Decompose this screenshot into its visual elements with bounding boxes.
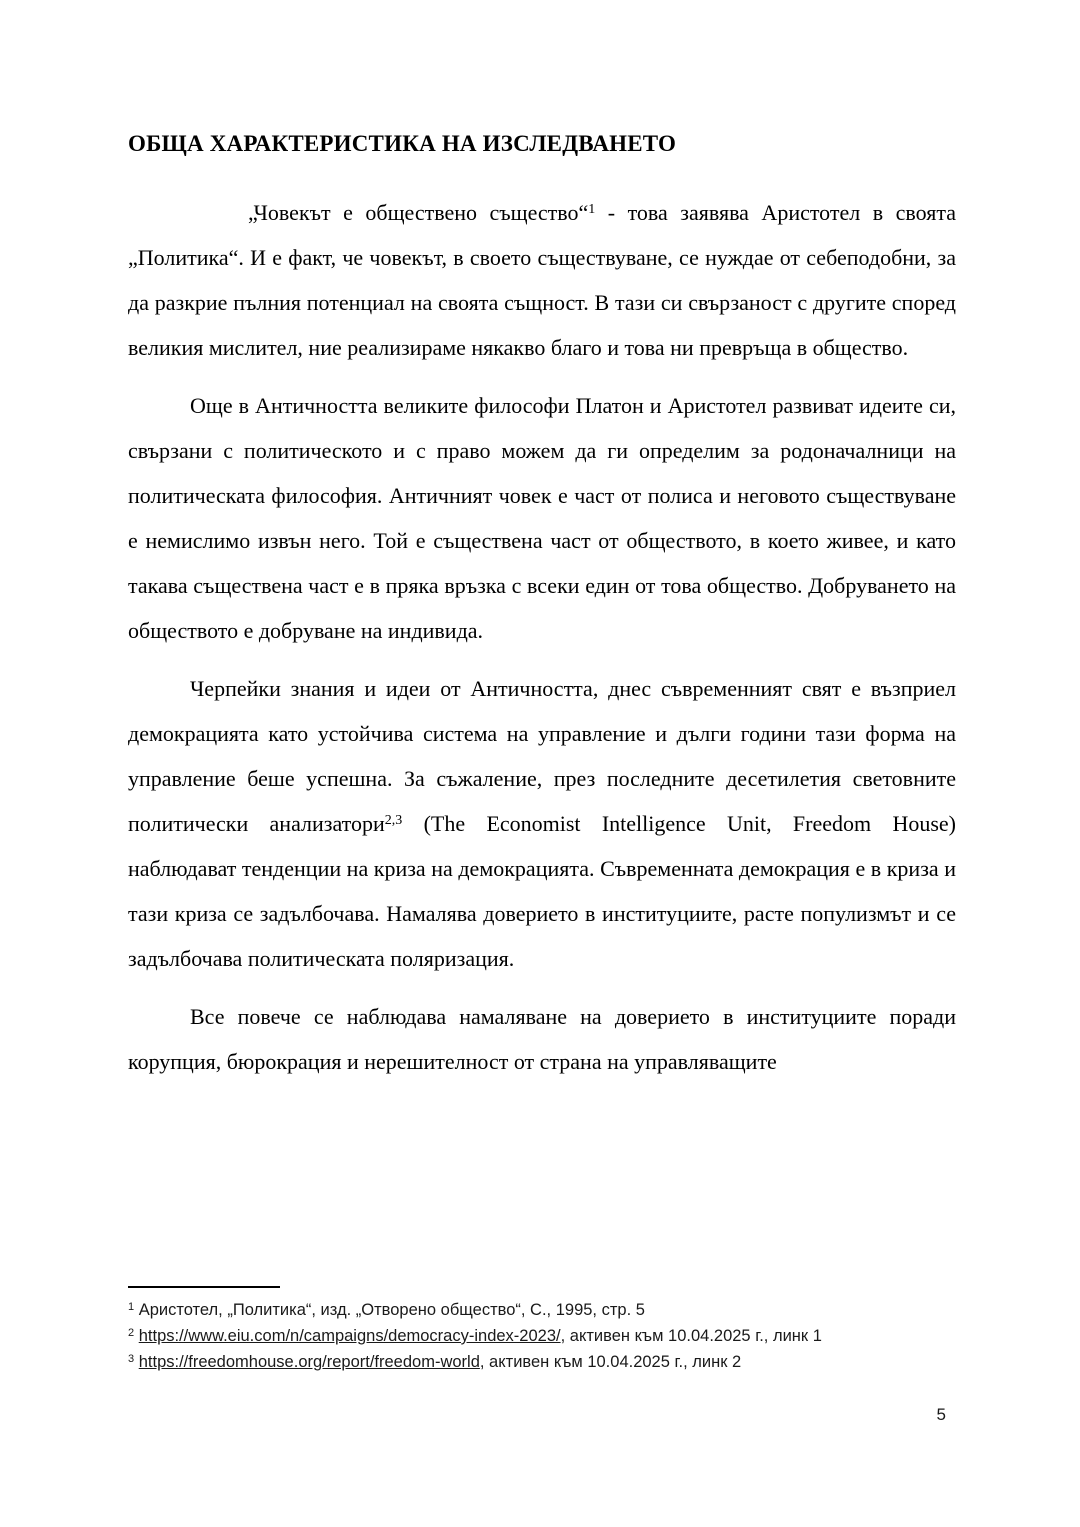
footnote-2: 2 https://www.eiu.com/n/campaigns/democr… [128,1323,956,1349]
footnote-1-marker: 1 [128,1301,134,1313]
section-title: ОБЩА ХАРАКТЕРИСТИКА НА ИЗСЛЕДВАНЕТО [128,130,956,158]
paragraph-4-text: Все повече се наблюдава намаляване на до… [128,1004,956,1074]
paragraph-1: „Човекът е обществено същество“1 - това … [128,190,956,370]
paragraph-2: Още в Античността великите философи Плат… [128,383,956,653]
footnote-2-marker: 2 [128,1327,134,1339]
footnote-3-marker: 3 [128,1353,134,1365]
paragraph-2-text: Още в Античността великите философи Плат… [128,393,956,643]
footnote-ref-1: 1 [588,202,595,217]
page-number: 5 [937,1405,946,1425]
footnote-1: 1 Аристотел, „Политика“, изд. „Отворено … [128,1297,956,1323]
footnote-ref-2-3: 2,3 [385,813,403,828]
footnotes-section: 1 Аристотел, „Политика“, изд. „Отворено … [128,1286,956,1375]
footnote-3-link[interactable]: https://freedomhouse.org/report/freedom-… [139,1353,480,1371]
footnote-3-text: , активен към 10.04.2025 г., линк 2 [480,1353,741,1371]
footnote-2-text: , активен към 10.04.2025 г., линк 1 [561,1327,822,1345]
document-content: ОБЩА ХАРАКТЕРИСТИКА НА ИЗСЛЕДВАНЕТО „Чов… [128,130,956,1097]
document-page: ОБЩА ХАРАКТЕРИСТИКА НА ИЗСЛЕДВАНЕТО „Чов… [0,0,1080,1527]
paragraph-4: Все повече се наблюдава намаляване на до… [128,994,956,1084]
footnote-separator [128,1286,280,1288]
footnote-2-link[interactable]: https://www.eiu.com/n/campaigns/democrac… [139,1327,561,1345]
footnote-3: 3 https://freedomhouse.org/report/freedo… [128,1349,956,1375]
paragraph-1-text: „Човекът е обществено същество“ [248,200,588,225]
paragraph-3: Черпейки знания и идеи от Античността, д… [128,666,956,981]
footnote-1-text: Аристотел, „Политика“, изд. „Отворено об… [139,1301,645,1319]
